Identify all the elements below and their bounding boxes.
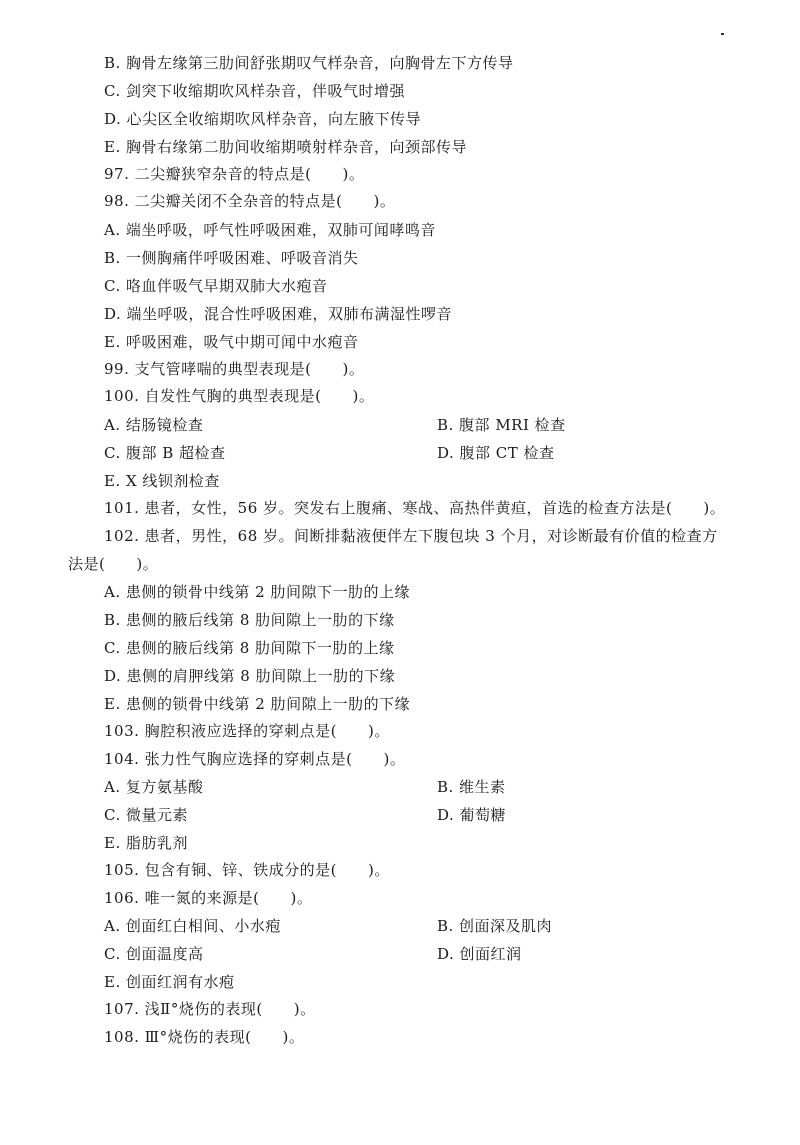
question-line: 97. 二尖瓣狭窄杂音的特点是( )。 bbox=[104, 164, 364, 184]
question-line: 106. 唯一氮的来源是( )。 bbox=[104, 888, 312, 908]
option-line: D. 端坐呼吸，混合性呼吸困难，双肺布满湿性啰音 bbox=[104, 304, 452, 324]
question-line: 108. Ⅲ°烧伤的表现( )。 bbox=[104, 1027, 304, 1047]
option-line: D. 患侧的肩胛线第 8 肋间隙上一肋的下缘 bbox=[104, 666, 395, 686]
option-line: E. 患侧的锁骨中线第 2 肋间隙上一肋的下缘 bbox=[104, 694, 410, 714]
question-line: 100. 自发性气胸的典型表现是( )。 bbox=[104, 386, 374, 406]
question-line: 101. 患者，女性，56 岁。突发右上腹痛、寒战、高热伴黄疸，首选的检查方法是… bbox=[104, 498, 725, 518]
option-line: A. 复方氨基酸 bbox=[104, 777, 203, 797]
option-line-right: B. 腹部 MRI 检查 bbox=[437, 415, 566, 435]
option-line: A. 患侧的锁骨中线第 2 肋间隙下一肋的上缘 bbox=[104, 582, 410, 602]
option-line: A. 端坐呼吸，呼气性呼吸困难，双肺可闻哮鸣音 bbox=[104, 220, 436, 240]
option-line: C. 微量元素 bbox=[104, 805, 188, 825]
question-line: 102. 患者，男性，68 岁。间断排黏液便伴左下腹包块 3 个月，对诊断最有价… bbox=[104, 526, 718, 546]
option-line: B. 一侧胸痛伴呼吸困难、呼吸音消失 bbox=[104, 248, 359, 268]
question-line: 107. 浅Ⅱ°烧伤的表现( )。 bbox=[104, 999, 316, 1019]
option-line: B. 患侧的腋后线第 8 肋间隙上一肋的下缘 bbox=[104, 610, 395, 630]
option-line: E. 脂肪乳剂 bbox=[104, 833, 188, 853]
option-line: C. 剑突下收缩期吹风样杂音，伴吸气时增强 bbox=[104, 81, 405, 101]
document-page: B. 胸骨左缘第三肋间舒张期叹气样杂音，向胸骨左下方传导 C. 剑突下收缩期吹风… bbox=[0, 0, 800, 1145]
option-line: C. 患侧的腋后线第 8 肋间隙下一肋的上缘 bbox=[104, 638, 395, 658]
option-line-right: B. 维生素 bbox=[437, 777, 506, 797]
question-line: 104. 张力性气胸应选择的穿刺点是( )。 bbox=[104, 749, 405, 769]
scan-speck bbox=[721, 33, 724, 35]
option-line-right: B. 创面深及肌肉 bbox=[437, 916, 552, 936]
option-line: A. 创面红白相间、小水疱 bbox=[104, 916, 281, 936]
option-line: E. 创面红润有水疱 bbox=[104, 972, 235, 992]
option-line: C. 创面温度高 bbox=[104, 944, 203, 964]
option-line: E. 胸骨右缘第二肋间收缩期喷射样杂音，向颈部传导 bbox=[104, 137, 467, 157]
option-line: B. 胸骨左缘第三肋间舒张期叹气样杂音，向胸骨左下方传导 bbox=[104, 53, 514, 73]
option-line: E. 呼吸困难，吸气中期可闻中水疱音 bbox=[104, 332, 359, 352]
option-line: A. 结肠镜检查 bbox=[104, 415, 203, 435]
question-line: 98. 二尖瓣关闭不全杂音的特点是( )。 bbox=[104, 191, 395, 211]
option-line: D. 心尖区全收缩期吹风样杂音，向左腋下传导 bbox=[104, 109, 421, 129]
question-line: 99. 支气管哮喘的典型表现是( )。 bbox=[104, 359, 364, 379]
question-line: 103. 胸腔积液应选择的穿刺点是( )。 bbox=[104, 721, 390, 741]
question-continuation: 法是( )。 bbox=[68, 554, 158, 574]
option-line: C. 咯血伴吸气早期双肺大水疱音 bbox=[104, 276, 327, 296]
option-line-right: D. 腹部 CT 检查 bbox=[437, 443, 555, 463]
option-line-right: D. 创面红润 bbox=[437, 944, 522, 964]
option-line: C. 腹部 B 超检查 bbox=[104, 443, 226, 463]
option-line-right: D. 葡萄糖 bbox=[437, 805, 506, 825]
question-line: 105. 包含有铜、锌、铁成分的是( )。 bbox=[104, 860, 390, 880]
option-line: E. X 线钡剂检查 bbox=[104, 471, 220, 491]
